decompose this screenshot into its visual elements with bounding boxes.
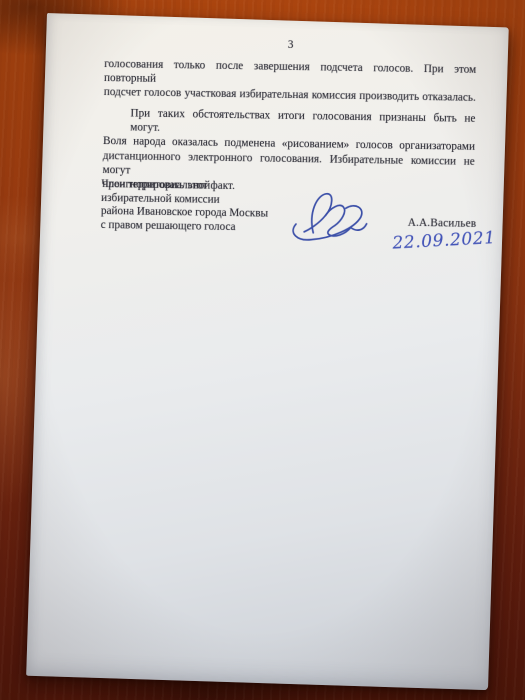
handwritten-date: 22.09.2021 (392, 228, 496, 254)
document-paper: 3 голосования только после завершения по… (26, 13, 509, 690)
document-content: 3 голосования только после завершения по… (36, 14, 508, 684)
signature-strokes (292, 193, 366, 240)
page-number: 3 (105, 36, 477, 54)
body-paragraph-1: голосования только после завершения подс… (104, 57, 477, 105)
handwritten-signature-icon (287, 187, 370, 247)
signatory-name: А.А.Васильев (408, 217, 477, 230)
